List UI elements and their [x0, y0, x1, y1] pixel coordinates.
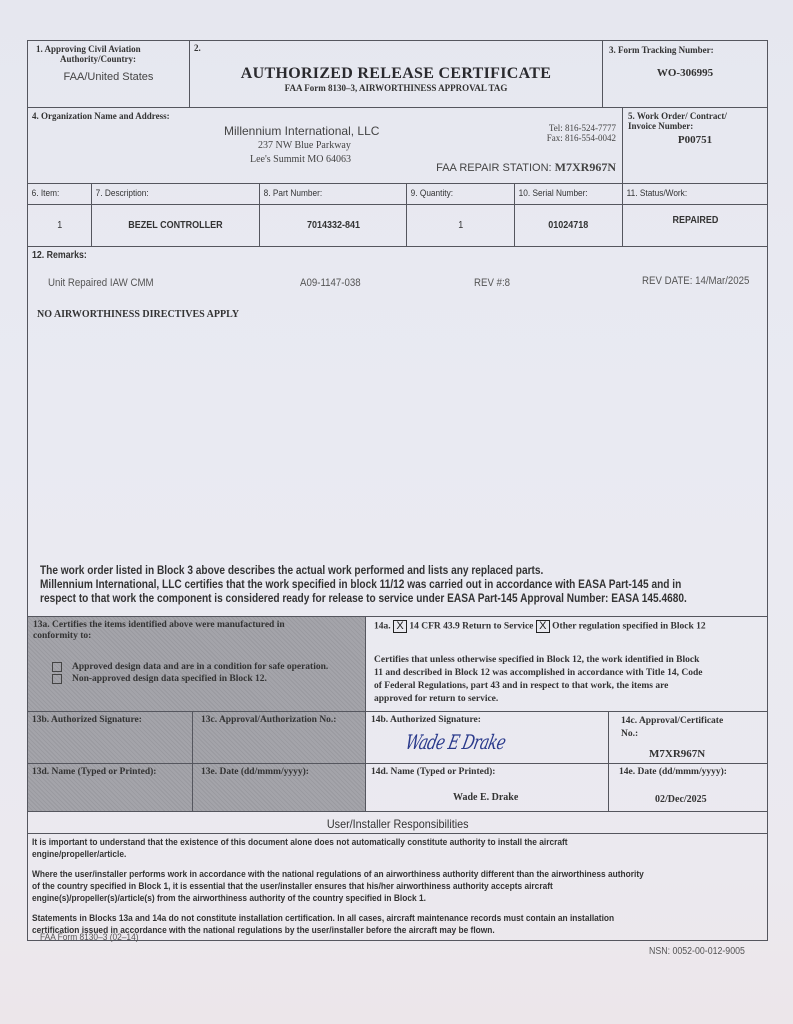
block-13d-name: 13d. Name (Typed or Printed): — [27, 764, 193, 812]
block-13c-authorization-number: 13c. Approval/Authorization No.: — [193, 712, 366, 764]
block-1-value: FAA/United States — [28, 71, 189, 83]
block-4-organization: 4. Organization Name and Address: Millen… — [27, 108, 623, 184]
block-13e-date: 13e. Date (dd/mmm/yyyy): — [193, 764, 366, 812]
repair-station: FAA REPAIR STATION: M7XR967N — [436, 160, 616, 175]
remarks-revision-date: REV DATE: 14/Mar/2025 — [642, 275, 749, 287]
cell-quantity: 1 — [407, 205, 515, 247]
header-part-number: 8. Part Number: — [260, 184, 407, 205]
option-non-approved-design-data[interactable]: Non-approved design data specified in Bl… — [52, 673, 328, 685]
work-order-number: P00751 — [623, 134, 767, 146]
block-13b-signature: 13b. Authorized Signature: — [27, 712, 193, 764]
printed-name: Wade E. Drake — [453, 792, 518, 803]
cell-serial-number: 01024718 — [515, 205, 623, 247]
release-statement: The work order listed in Block 3 above d… — [40, 564, 687, 606]
block-14b-signature: 14b. Authorized Signature: Wade E Drake — [366, 712, 609, 764]
header-status-work: 11. Status/Work: — [623, 184, 768, 205]
certificate-title: AUTHORIZED RELEASE CERTIFICATE — [190, 65, 602, 83]
block-2-title: 2. AUTHORIZED RELEASE CERTIFICATE FAA Fo… — [189, 40, 603, 108]
non-approved-design-data-checkbox[interactable] — [52, 674, 62, 684]
address-line-1: 237 NW Blue Parkway — [258, 140, 351, 151]
header-description: 7. Description: — [92, 184, 260, 205]
responsibilities-title: User/Installer Responsibilities — [327, 817, 469, 831]
option-approved-design-data[interactable]: Approved design data and are in a condit… — [52, 661, 328, 673]
document-page: 1. Approving Civil Aviation Authority/Co… — [0, 0, 793, 1024]
telephone: Tel: 816-524-7777 — [547, 123, 616, 133]
other-regulation-checkbox[interactable]: X — [536, 620, 550, 633]
nsn-number: NSN: 0052-00-012-9005 — [649, 946, 745, 957]
block-3-form-tracking: 3. Form Tracking Number: WO-306995 — [603, 40, 768, 108]
cell-status-work: REPAIRED — [623, 205, 768, 247]
cell-item: 1 — [27, 205, 92, 247]
block-14c-certificate-number: 14c. Approval/Certificate No.: M7XR967N — [609, 712, 768, 764]
block-14a-certification-text: Certifies that unless otherwise specifie… — [374, 654, 702, 706]
block-1-approving-authority: 1. Approving Civil Aviation Authority/Co… — [27, 40, 189, 108]
remarks-cmm-text: Unit Repaired IAW CMM — [48, 277, 154, 289]
block-14d-name: 14d. Name (Typed or Printed): Wade E. Dr… — [366, 764, 609, 812]
certificate-subtitle: FAA Form 8130–3, AIRWORTHINESS APPROVAL … — [190, 83, 602, 93]
responsibilities-body: It is important to understand that the e… — [27, 834, 768, 941]
certificate-number: M7XR967N — [649, 748, 705, 760]
header-item: 6. Item: — [27, 184, 92, 205]
cfr-43-9-checkbox[interactable]: X — [393, 620, 407, 633]
organization-name: Millennium International, LLC — [224, 124, 379, 138]
release-date: 02/Dec/2025 — [655, 794, 707, 805]
block-14e-date: 14e. Date (dd/mmm/yyyy): 02/Dec/2025 — [609, 764, 768, 812]
form-number: FAA Form 8130–3 (02–14) — [40, 932, 139, 943]
repair-station-number: M7XR967N — [555, 160, 616, 174]
form-tracking-number: WO-306995 — [603, 67, 767, 79]
block-12-remarks: 12. Remarks: Unit Repaired IAW CMM A09-1… — [27, 247, 768, 617]
block-5-work-order: 5. Work Order/ Contract/ Invoice Number:… — [623, 108, 768, 184]
approved-design-data-checkbox[interactable] — [52, 662, 62, 672]
block-14a-return-to-service: 14a. X 14 CFR 43.9 Return to Service X O… — [366, 617, 768, 712]
responsibilities-paragraph-2: Where the user/installer performs work i… — [32, 869, 644, 905]
cell-part-number: 7014332-841 — [260, 205, 407, 247]
airworthiness-directives-note: NO AIRWORTHINESS DIRECTIVES APPLY — [37, 309, 239, 320]
authorized-signature: Wade E Drake — [403, 730, 507, 754]
block-13a-conformity: 13a. Certifies the items identified abov… — [27, 617, 366, 712]
remarks-revision: REV #:8 — [474, 277, 510, 289]
cell-description: BEZEL CONTROLLER — [92, 205, 260, 247]
header-quantity: 9. Quantity: — [407, 184, 515, 205]
header-serial-number: 10. Serial Number: — [515, 184, 623, 205]
fax: Fax: 816-554-0042 — [547, 133, 616, 143]
block-1-label: 1. Approving Civil Aviation Authority/Co… — [36, 44, 141, 64]
responsibilities-paragraph-1: It is important to understand that the e… — [32, 837, 644, 861]
responsibilities-header: User/Installer Responsibilities — [27, 812, 768, 834]
address-line-2: Lee's Summit MO 64063 — [250, 154, 351, 165]
remarks-cmm-number: A09-1147-038 — [300, 277, 361, 289]
phone-fax: Tel: 816-524-7777 Fax: 816-554-0042 — [547, 123, 616, 143]
